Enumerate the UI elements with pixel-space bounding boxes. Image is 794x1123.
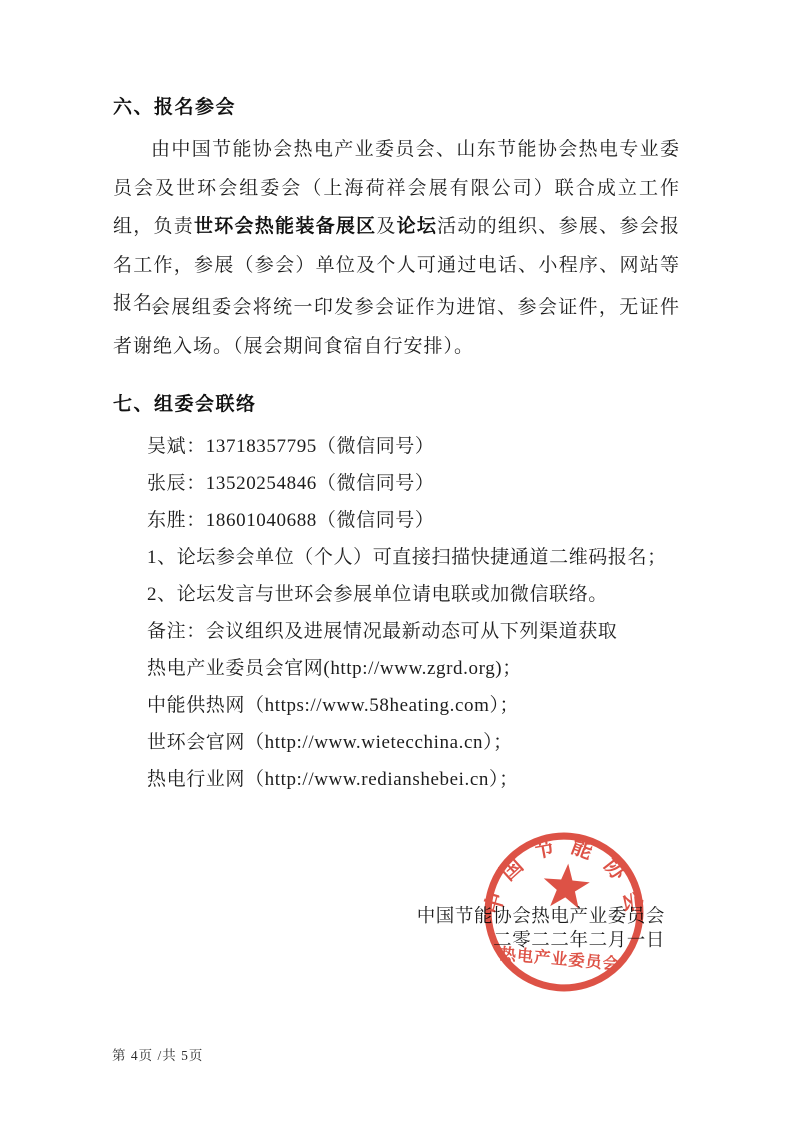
- note-item-2: 2、论坛发言与世环会参展单位请电联或加微信联络。: [147, 576, 682, 613]
- page-number-footer: 第 4页 /共 5页: [112, 1044, 203, 1064]
- website-redianshebei: 热电行业网（http://www.redianshebei.cn）；: [147, 761, 682, 798]
- website-58heating: 中能供热网（https://www.58heating.com）；: [147, 687, 682, 724]
- note-item-1: 1、论坛参会单位（个人）可直接扫描快捷通道二维码报名；: [147, 539, 682, 576]
- official-seal: 中国节能协会 热电产业委员会: [481, 829, 647, 995]
- seal-group: 中国节能协会 热电产业委员会: [481, 829, 647, 995]
- contact-list: 吴斌：13718357795（微信同号） 张辰：13520254846（微信同号…: [147, 428, 682, 798]
- contact-zhang-chen: 张辰：13520254846（微信同号）: [147, 465, 682, 502]
- note-remark: 备注：会议组织及进展情况最新动态可从下列渠道获取: [147, 613, 682, 650]
- website-zgrd: 热电产业委员会官网(http://www.zgrd.org)；: [147, 650, 682, 687]
- registration-paragraph-2: 会展组委会将统一印发参会证作为进馆、参会证件，无证件者谢绝入场。（展会期间食宿自…: [113, 289, 680, 366]
- website-wietecchina: 世环会官网（http://www.wietecchina.cn）；: [147, 724, 682, 761]
- star-icon: [541, 862, 591, 910]
- contact-dong-sheng: 东胜：18601040688（微信同号）: [147, 502, 682, 539]
- para-bold-forum: 论坛: [397, 216, 438, 237]
- para-text: 及: [376, 216, 396, 237]
- document-page: 六、报名参会 由中国节能协会热电产业委员会、山东节能协会热电专业委员会及世环会组…: [0, 0, 794, 1123]
- para-bold-expo-zone: 世环会热能装备展区: [194, 216, 376, 237]
- section-heading-contact: 七、组委会联络: [113, 389, 680, 416]
- section-heading-registration: 六、报名参会: [113, 92, 680, 119]
- contact-wu-bin: 吴斌：13718357795（微信同号）: [147, 428, 682, 465]
